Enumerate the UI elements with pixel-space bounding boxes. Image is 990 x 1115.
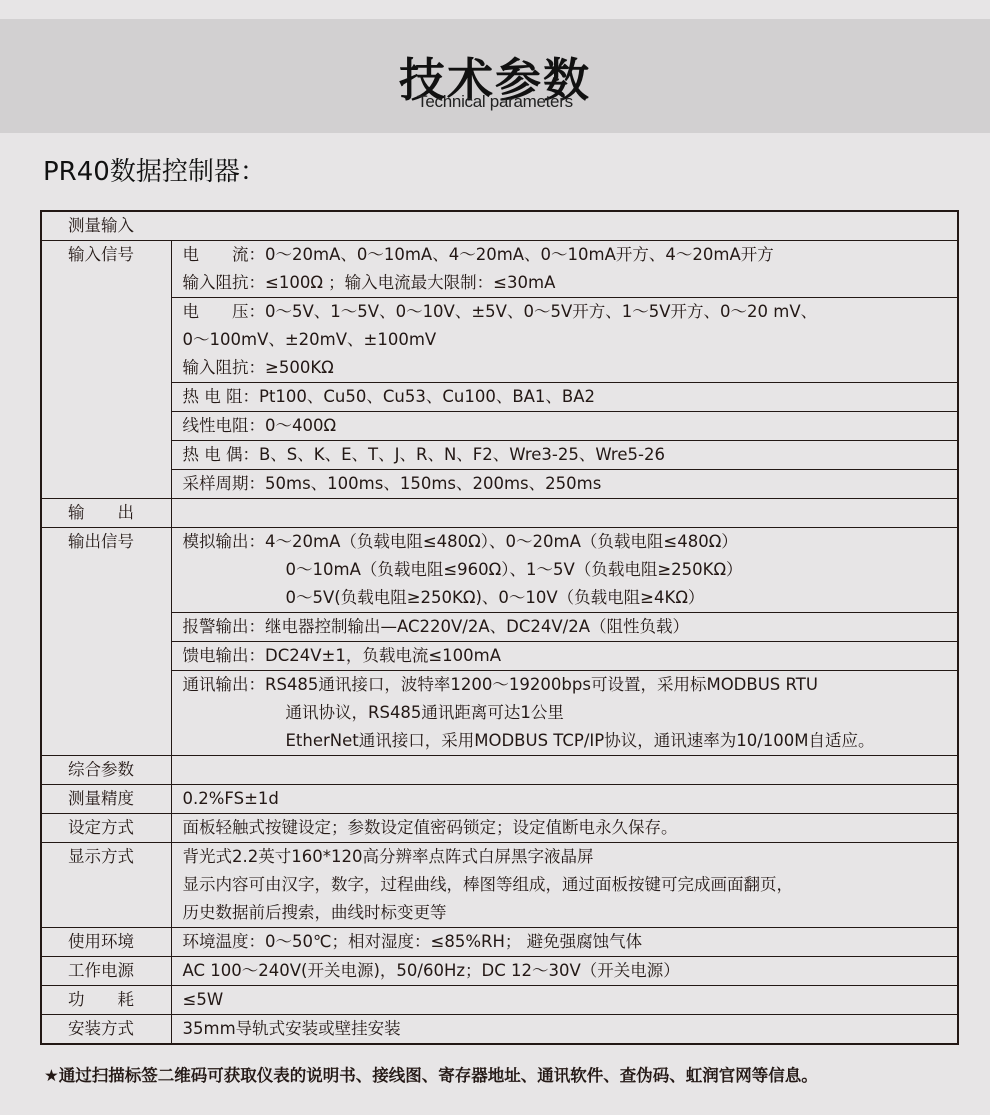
row-label-output-signal: 输出信号 bbox=[41, 528, 171, 756]
header-banner: 技术参数 Technical parameters bbox=[0, 19, 990, 133]
table-row: 通讯输出：RS485通讯接口，波特率1200～19200bps可设置，采用标MO… bbox=[41, 671, 958, 756]
output-analog-cell: 模拟输出：4～20mA（负载电阻≤480Ω）、0～20mA（负载电阻≤480Ω）… bbox=[171, 528, 958, 613]
setting-cell: 面板轻触式按键设定；参数设定值密码锁定；设定值断电永久保存。 bbox=[171, 814, 958, 843]
input-current-impedance-line: 输入阻抗：≤100Ω ；输入电流最大限制：≤30mA bbox=[183, 269, 958, 297]
table-row: 馈电输出：DC24V±1，负载电流≤100mA bbox=[41, 642, 958, 671]
power-value: AC 100～240V(开关电源)，50/60Hz；DC 12～30V（开关电源… bbox=[183, 957, 958, 985]
input-current-cell: 电 流：0～20mA、0～10mA、4～20mA、0～10mA开方、4～20mA… bbox=[171, 241, 958, 298]
environment-cell: 环境温度：0～50℃；相对湿度：≤85%RH； 避免强腐蚀气体 bbox=[171, 928, 958, 957]
row-label-consumption: 功 耗 bbox=[41, 986, 171, 1015]
setting-value: 面板轻触式按键设定；参数设定值密码锁定；设定值断电永久保存。 bbox=[183, 814, 958, 842]
input-rtd-text: 热 电 阻：Pt100、Cu50、Cu53、Cu100、BA1、BA2 bbox=[183, 383, 958, 411]
empty-cell bbox=[171, 756, 958, 785]
accuracy-value: 0.2%FS±1d bbox=[183, 785, 958, 813]
output-analog-line-2: 0～10mA（负载电阻≤960Ω）、1～5V（负载电阻≥250KΩ） bbox=[183, 556, 958, 584]
row-label-display: 显示方式 bbox=[41, 843, 171, 928]
output-analog-line: 模拟输出：4～20mA（负载电阻≤480Ω）、0～20mA（负载电阻≤480Ω） bbox=[183, 528, 958, 556]
section-row-input: 测量输入 bbox=[41, 211, 958, 241]
input-thermocouple-text: 热 电 偶：B、S、K、E、T、J、R、N、F2、Wre3-25、Wre5-26 bbox=[183, 441, 958, 469]
table-row: 工作电源 AC 100～240V(开关电源)，50/60Hz；DC 12～30V… bbox=[41, 957, 958, 986]
table-row: 报警输出：继电器控制输出—AC220V/2A、DC24V/2A（阻性负载） bbox=[41, 613, 958, 642]
table-row: 安装方式 35mm导轨式安装或壁挂安装 bbox=[41, 1015, 958, 1045]
table-row: 输出信号 模拟输出：4～20mA（负载电阻≤480Ω）、0～20mA（负载电阻≤… bbox=[41, 528, 958, 613]
input-thermocouple-cell: 热 电 偶：B、S、K、E、T、J、R、N、F2、Wre3-25、Wre5-26 bbox=[171, 441, 958, 470]
accuracy-cell: 0.2%FS±1d bbox=[171, 785, 958, 814]
section-row-output: 输 出 bbox=[41, 499, 958, 528]
output-feed-text: 馈电输出：DC24V±1，负载电流≤100mA bbox=[183, 642, 958, 670]
power-cell: AC 100～240V(开关电源)，50/60Hz；DC 12～30V（开关电源… bbox=[171, 957, 958, 986]
input-voltage-impedance-line: 输入阻抗：≥500KΩ bbox=[183, 354, 958, 382]
consumption-value: ≤5W bbox=[183, 986, 958, 1014]
table-row: 测量精度 0.2%FS±1d bbox=[41, 785, 958, 814]
footnote: ★通过扫描标签二维码可获取仪表的说明书、接线图、寄存器地址、通讯软件、查伪码、虹… bbox=[44, 1064, 818, 1088]
output-analog-line-3: 0～5V(负载电阻≥250KΩ)、0～10V（负载电阻≥4KΩ） bbox=[183, 584, 958, 612]
display-line-3: 历史数据前后搜索，曲线时标变更等 bbox=[183, 899, 958, 927]
output-alarm-cell: 报警输出：继电器控制输出—AC220V/2A、DC24V/2A（阻性负载） bbox=[171, 613, 958, 642]
section-label-general: 综合参数 bbox=[41, 756, 171, 785]
table-row: 热 电 阻：Pt100、Cu50、Cu53、Cu100、BA1、BA2 bbox=[41, 383, 958, 412]
row-label-input-signal: 输入信号 bbox=[41, 241, 171, 499]
table-row: 功 耗 ≤5W bbox=[41, 986, 958, 1015]
output-comm-line-2: 通讯协议，RS485通讯距离可达1公里 bbox=[183, 699, 958, 727]
table-row: 热 电 偶：B、S、K、E、T、J、R、N、F2、Wre3-25、Wre5-26 bbox=[41, 441, 958, 470]
table-row: 显示方式 背光式2.2英寸160*120高分辨率点阵式白屏黑字液晶屏 显示内容可… bbox=[41, 843, 958, 928]
mounting-value: 35mm导轨式安装或壁挂安装 bbox=[183, 1015, 958, 1043]
section-label-output: 输 出 bbox=[41, 499, 171, 528]
spec-table: 测量输入 输入信号 电 流：0～20mA、0～10mA、4～20mA、0～10m… bbox=[40, 210, 959, 1045]
section-label-input: 测量输入 bbox=[41, 211, 958, 241]
input-sampling-text: 采样周期：50ms、100ms、150ms、200ms、250ms bbox=[183, 470, 958, 498]
row-label-accuracy: 测量精度 bbox=[41, 785, 171, 814]
input-voltage-line: 电 压：0～5V、1～5V、0～10V、±5V、0～5V开方、1～5V开方、0～… bbox=[183, 298, 958, 326]
display-line-2: 显示内容可由汉字，数字，过程曲线，棒图等组成，通过面板按键可完成画面翻页， bbox=[183, 871, 958, 899]
row-label-setting: 设定方式 bbox=[41, 814, 171, 843]
input-linear-resistance-cell: 线性电阻：0～400Ω bbox=[171, 412, 958, 441]
consumption-cell: ≤5W bbox=[171, 986, 958, 1015]
input-sampling-cell: 采样周期：50ms、100ms、150ms、200ms、250ms bbox=[171, 470, 958, 499]
row-label-environment: 使用环境 bbox=[41, 928, 171, 957]
input-linear-resistance-text: 线性电阻：0～400Ω bbox=[183, 412, 958, 440]
table-row: 电 压：0～5V、1～5V、0～10V、±5V、0～5V开方、1～5V开方、0～… bbox=[41, 298, 958, 383]
output-comm-cell: 通讯输出：RS485通讯接口，波特率1200～19200bps可设置，采用标MO… bbox=[171, 671, 958, 756]
display-cell: 背光式2.2英寸160*120高分辨率点阵式白屏黑字液晶屏 显示内容可由汉字，数… bbox=[171, 843, 958, 928]
row-label-power: 工作电源 bbox=[41, 957, 171, 986]
table-row: 使用环境 环境温度：0～50℃；相对湿度：≤85%RH； 避免强腐蚀气体 bbox=[41, 928, 958, 957]
empty-cell bbox=[171, 499, 958, 528]
table-row: 设定方式 面板轻触式按键设定；参数设定值密码锁定；设定值断电永久保存。 bbox=[41, 814, 958, 843]
input-voltage-line-2: 0～100mV、±20mV、±100mV bbox=[183, 326, 958, 354]
input-current-line: 电 流：0～20mA、0～10mA、4～20mA、0～10mA开方、4～20mA… bbox=[183, 241, 958, 269]
row-label-mounting: 安装方式 bbox=[41, 1015, 171, 1045]
output-feed-cell: 馈电输出：DC24V±1，负载电流≤100mA bbox=[171, 642, 958, 671]
environment-value: 环境温度：0～50℃；相对湿度：≤85%RH； 避免强腐蚀气体 bbox=[183, 928, 958, 956]
table-row: 输入信号 电 流：0～20mA、0～10mA、4～20mA、0～10mA开方、4… bbox=[41, 241, 958, 298]
section-row-general: 综合参数 bbox=[41, 756, 958, 785]
mounting-cell: 35mm导轨式安装或壁挂安装 bbox=[171, 1015, 958, 1045]
display-line: 背光式2.2英寸160*120高分辨率点阵式白屏黑字液晶屏 bbox=[183, 843, 958, 871]
table-row: 线性电阻：0～400Ω bbox=[41, 412, 958, 441]
output-alarm-text: 报警输出：继电器控制输出—AC220V/2A、DC24V/2A（阻性负载） bbox=[183, 613, 958, 641]
output-comm-line-3: EtherNet通讯接口，采用MODBUS TCP/IP协议，通讯速率为10/1… bbox=[183, 727, 958, 755]
output-comm-line: 通讯输出：RS485通讯接口，波特率1200～19200bps可设置，采用标MO… bbox=[183, 671, 958, 699]
input-rtd-cell: 热 电 阻：Pt100、Cu50、Cu53、Cu100、BA1、BA2 bbox=[171, 383, 958, 412]
input-voltage-cell: 电 压：0～5V、1～5V、0～10V、±5V、0～5V开方、1～5V开方、0～… bbox=[171, 298, 958, 383]
table-row: 采样周期：50ms、100ms、150ms、200ms、250ms bbox=[41, 470, 958, 499]
page-subtitle: Technical parameters bbox=[0, 92, 990, 112]
product-title: PR40数据控制器： bbox=[43, 155, 266, 189]
